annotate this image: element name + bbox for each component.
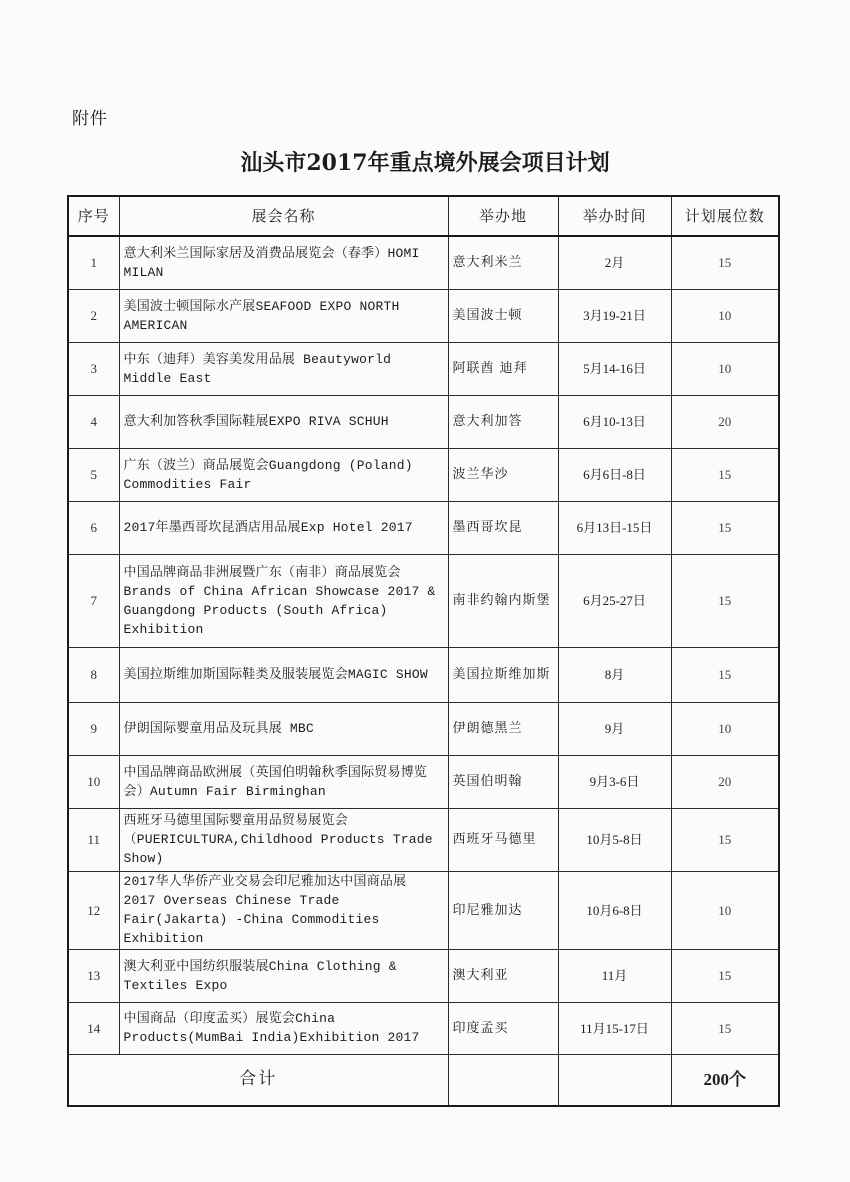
table-row: 5 广东（波兰）商品展览会Guangdong (Poland) Commodit…: [68, 448, 779, 501]
cell-place: 波兰华沙: [448, 448, 558, 501]
cell-seq: 5: [68, 448, 119, 501]
cell-place: 英国伯明翰: [448, 755, 558, 808]
table-header-row: 序号 展会名称 举办地 举办时间 计划展位数: [68, 196, 779, 236]
cell-name: 伊朗国际婴童用品及玩具展 MBC: [119, 702, 448, 755]
table-row: 10 中国品牌商品欧洲展（英国伯明翰秋季国际贸易博览会）Autumn Fair …: [68, 755, 779, 808]
cell-name: 意大利加答秋季国际鞋展EXPO RIVA SCHUH: [119, 395, 448, 448]
cell-seq: 4: [68, 395, 119, 448]
cell-place: 意大利米兰: [448, 236, 558, 289]
cell-booths: 15: [671, 554, 779, 647]
cell-date: 2月: [558, 236, 671, 289]
header-date: 举办时间: [558, 196, 671, 236]
table-row: 7 中国品牌商品非洲展暨广东（南非）商品展览会 Brands of China …: [68, 554, 779, 647]
table-row: 12 2017华人华侨产业交易会印尼雅加达中国商品展 2017 Overseas…: [68, 871, 779, 949]
cell-name: 美国拉斯维加斯国际鞋类及服装展览会MAGIC SHOW: [119, 647, 448, 702]
cell-seq: 8: [68, 647, 119, 702]
cell-seq: 7: [68, 554, 119, 647]
cell-date: 10月5-8日: [558, 808, 671, 871]
cell-place: 伊朗德黑兰: [448, 702, 558, 755]
header-place: 举办地: [448, 196, 558, 236]
cell-name: 2017年墨西哥坎昆酒店用品展Exp Hotel 2017: [119, 501, 448, 554]
cell-place: 美国波士顿: [448, 289, 558, 342]
cell-seq: 1: [68, 236, 119, 289]
cell-name: 西班牙马德里国际婴童用品贸易展览会（PUERICULTURA,Childhood…: [119, 808, 448, 871]
cell-date: 9月: [558, 702, 671, 755]
cell-name: 2017华人华侨产业交易会印尼雅加达中国商品展 2017 Overseas Ch…: [119, 871, 448, 949]
document-title: 汕头市2017年重点境外展会项目计划: [0, 146, 850, 177]
cell-place: 印尼雅加达: [448, 871, 558, 949]
cell-date: 8月: [558, 647, 671, 702]
cell-date: 10月6-8日: [558, 871, 671, 949]
cell-name: 意大利米兰国际家居及消费品展览会（春季）HOMI MILAN: [119, 236, 448, 289]
cell-booths: 15: [671, 1002, 779, 1054]
cell-name: 澳大利亚中国纺织服装展China Clothing & Textiles Exp…: [119, 949, 448, 1002]
cell-booths: 15: [671, 236, 779, 289]
cell-booths: 10: [671, 342, 779, 395]
cell-seq: 13: [68, 949, 119, 1002]
cell-seq: 12: [68, 871, 119, 949]
cell-date: 11月: [558, 949, 671, 1002]
exhibition-plan-table: 序号 展会名称 举办地 举办时间 计划展位数 1 意大利米兰国际家居及消费品展览…: [67, 195, 780, 1107]
cell-booths: 15: [671, 647, 779, 702]
cell-date: 6月13日-15日: [558, 501, 671, 554]
cell-seq: 6: [68, 501, 119, 554]
cell-date: 9月3-6日: [558, 755, 671, 808]
cell-booths: 10: [671, 871, 779, 949]
cell-place: 西班牙马德里: [448, 808, 558, 871]
total-place: [448, 1054, 558, 1106]
total-date: [558, 1054, 671, 1106]
total-row: 合计 200个: [68, 1054, 779, 1106]
table-row: 2 美国波士顿国际水产展SEAFOOD EXPO NORTH AMERICAN …: [68, 289, 779, 342]
cell-name: 中东（迪拜）美容美发用品展 Beautyworld Middle East: [119, 342, 448, 395]
cell-booths: 20: [671, 395, 779, 448]
table-row: 9 伊朗国际婴童用品及玩具展 MBC 伊朗德黑兰 9月 10: [68, 702, 779, 755]
cell-place: 美国拉斯维加斯: [448, 647, 558, 702]
total-label: 合计: [68, 1054, 448, 1106]
table-row: 8 美国拉斯维加斯国际鞋类及服装展览会MAGIC SHOW 美国拉斯维加斯 8月…: [68, 647, 779, 702]
cell-booths: 15: [671, 808, 779, 871]
cell-date: 3月19-21日: [558, 289, 671, 342]
total-booths: 200个: [671, 1054, 779, 1106]
cell-place: 南非约翰内斯堡: [448, 554, 558, 647]
cell-name: 广东（波兰）商品展览会Guangdong (Poland) Commoditie…: [119, 448, 448, 501]
table-row: 6 2017年墨西哥坎昆酒店用品展Exp Hotel 2017 墨西哥坎昆 6月…: [68, 501, 779, 554]
cell-seq: 3: [68, 342, 119, 395]
table-row: 13 澳大利亚中国纺织服装展China Clothing & Textiles …: [68, 949, 779, 1002]
cell-date: 6月6日-8日: [558, 448, 671, 501]
table-row: 14 中国商品（印度孟买）展览会China Products(MumBai In…: [68, 1002, 779, 1054]
cell-place: 意大利加答: [448, 395, 558, 448]
table-row: 3 中东（迪拜）美容美发用品展 Beautyworld Middle East …: [68, 342, 779, 395]
cell-seq: 2: [68, 289, 119, 342]
cell-booths: 15: [671, 501, 779, 554]
table-row: 11 西班牙马德里国际婴童用品贸易展览会（PUERICULTURA,Childh…: [68, 808, 779, 871]
cell-booths: 10: [671, 702, 779, 755]
cell-seq: 9: [68, 702, 119, 755]
cell-seq: 14: [68, 1002, 119, 1054]
header-name: 展会名称: [119, 196, 448, 236]
cell-name: 中国品牌商品欧洲展（英国伯明翰秋季国际贸易博览会）Autumn Fair Bir…: [119, 755, 448, 808]
cell-name: 中国商品（印度孟买）展览会China Products(MumBai India…: [119, 1002, 448, 1054]
cell-place: 印度孟买: [448, 1002, 558, 1054]
cell-name: 美国波士顿国际水产展SEAFOOD EXPO NORTH AMERICAN: [119, 289, 448, 342]
cell-place: 澳大利亚: [448, 949, 558, 1002]
cell-date: 6月25-27日: [558, 554, 671, 647]
cell-booths: 20: [671, 755, 779, 808]
cell-booths: 10: [671, 289, 779, 342]
cell-date: 5月14-16日: [558, 342, 671, 395]
attachment-label: 附件: [72, 104, 108, 129]
cell-place: 阿联酋 迪拜: [448, 342, 558, 395]
table-row: 4 意大利加答秋季国际鞋展EXPO RIVA SCHUH 意大利加答 6月10-…: [68, 395, 779, 448]
header-seq: 序号: [68, 196, 119, 236]
cell-date: 6月10-13日: [558, 395, 671, 448]
cell-booths: 15: [671, 448, 779, 501]
cell-seq: 10: [68, 755, 119, 808]
header-booths: 计划展位数: [671, 196, 779, 236]
cell-place: 墨西哥坎昆: [448, 501, 558, 554]
cell-booths: 15: [671, 949, 779, 1002]
cell-name: 中国品牌商品非洲展暨广东（南非）商品展览会 Brands of China Af…: [119, 554, 448, 647]
cell-seq: 11: [68, 808, 119, 871]
cell-date: 11月15-17日: [558, 1002, 671, 1054]
table-row: 1 意大利米兰国际家居及消费品展览会（春季）HOMI MILAN 意大利米兰 2…: [68, 236, 779, 289]
